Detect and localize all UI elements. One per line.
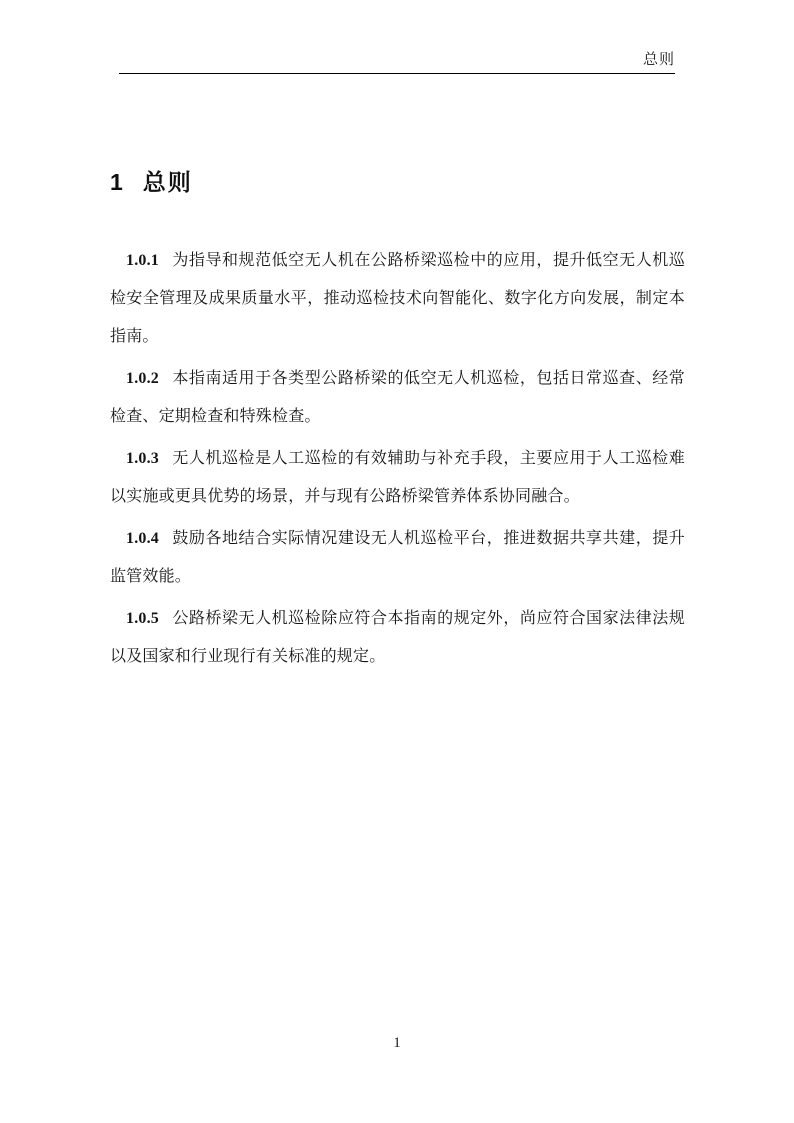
running-header-title: 总则 [643,52,675,68]
document-page: 总则 1总则 1.0.1为指导和规范低空无人机在公路桥梁巡检中的应用，提升低空无… [0,0,794,1123]
clause-text: 无人机巡检是人工巡检的有效辅助与补充手段，主要应用于人工巡检难以实施或更具优势的… [110,450,685,505]
clause-text: 公路桥梁无人机巡检除应符合本指南的规定外，尚应符合国家法律法规以及国家和行业现行… [110,610,685,665]
chapter-title: 总则 [143,169,193,195]
clause-number: 1.0.1 [126,252,159,269]
running-header: 总则 [119,50,675,74]
clause-text: 本指南适用于各类型公路桥梁的低空无人机巡检，包括日常巡查、经常检查、定期检查和特… [110,370,685,425]
clause-1-0-4: 1.0.4鼓励各地结合实际情况建设无人机巡检平台，推进数据共享共建，提升监管效能… [110,520,685,596]
clause-text: 鼓励各地结合实际情况建设无人机巡检平台，推进数据共享共建，提升监管效能。 [110,530,685,585]
clause-text: 为指导和规范低空无人机在公路桥梁巡检中的应用，提升低空无人机巡检安全管理及成果质… [110,252,685,345]
page-number: 1 [393,1035,401,1051]
clause-number: 1.0.4 [126,530,159,547]
chapter-number: 1 [110,166,123,198]
page-footer: 1 [0,1033,794,1053]
chapter-heading: 1总则 [110,166,685,198]
clause-1-0-3: 1.0.3无人机巡检是人工巡检的有效辅助与补充手段，主要应用于人工巡检难以实施或… [110,440,685,516]
clause-1-0-5: 1.0.5公路桥梁无人机巡检除应符合本指南的规定外，尚应符合国家法律法规以及国家… [110,600,685,676]
clause-number: 1.0.5 [126,610,159,627]
clause-number: 1.0.3 [126,450,159,467]
clause-number: 1.0.2 [126,370,159,387]
clause-1-0-1: 1.0.1为指导和规范低空无人机在公路桥梁巡检中的应用，提升低空无人机巡检安全管… [110,242,685,356]
clause-1-0-2: 1.0.2本指南适用于各类型公路桥梁的低空无人机巡检，包括日常巡查、经常检查、定… [110,360,685,436]
